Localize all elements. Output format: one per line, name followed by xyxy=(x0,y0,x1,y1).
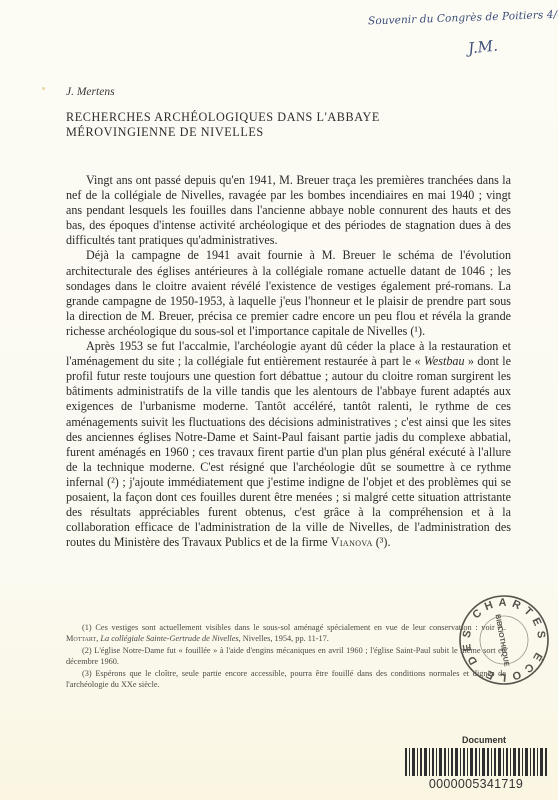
barcode-number: 0000005341719 xyxy=(405,777,547,791)
paragraph: Déjà la campagne de 1941 avait fournie à… xyxy=(66,248,511,339)
italic-term: Westbau xyxy=(424,354,465,368)
library-stamp: ÉCOLE DES CHARTES BIBLIOTHÈQUE xyxy=(456,592,552,688)
footnote-3: (3) Espérons que le cloître, seule parti… xyxy=(66,668,506,691)
svg-text:BIBLIOTHÈQUE: BIBLIOTHÈQUE xyxy=(493,613,511,667)
text-run: (³). xyxy=(373,535,391,549)
paragraph: Vingt ans ont passé depuis qu'en 1941, M… xyxy=(66,173,511,248)
handwritten-dedication: Souvenir du Congrès de Poitiers 4/6 J.M. xyxy=(368,8,558,68)
stamp-icon: ÉCOLE DES CHARTES BIBLIOTHÈQUE xyxy=(456,592,552,688)
document-page: Souvenir du Congrès de Poitiers 4/6 J.M.… xyxy=(0,0,558,800)
company-name: Vianova xyxy=(331,535,373,549)
footnote-1: (1) Ces vestiges sont actuellement visib… xyxy=(66,622,506,645)
text-run: » dont le profil futur reste toujours un… xyxy=(66,354,511,549)
cited-author: Mottart xyxy=(66,634,96,643)
dedication-initials: J.M. xyxy=(467,36,498,57)
barcode xyxy=(405,748,547,776)
paragraph: Après 1953 se fut l'accalmie, l'archéolo… xyxy=(66,339,511,550)
cited-work: La collégiale Sainte-Gertrude de Nivelle… xyxy=(100,634,238,643)
text-run: (1) Ces vestiges sont actuellement visib… xyxy=(82,623,506,632)
footnotes: (1) Ces vestiges sont actuellement visib… xyxy=(66,622,506,690)
paper-speck xyxy=(42,87,45,90)
footnote-2: (2) L'église Notre-Dame fut « fouillée »… xyxy=(66,645,506,668)
barcode-icon xyxy=(405,748,547,776)
article-body: Vingt ans ont passé depuis qu'en 1941, M… xyxy=(66,173,511,550)
author-name: J. Mertens xyxy=(66,86,115,98)
text-run: , Nivelles, 1954, pp. 11-17. xyxy=(239,634,329,643)
article-title: Recherches archéologiques dans l'abbaye … xyxy=(66,110,486,140)
dedication-line: Souvenir du Congrès de Poitiers 4/6 xyxy=(368,9,558,28)
barcode-label: Document xyxy=(424,735,544,745)
